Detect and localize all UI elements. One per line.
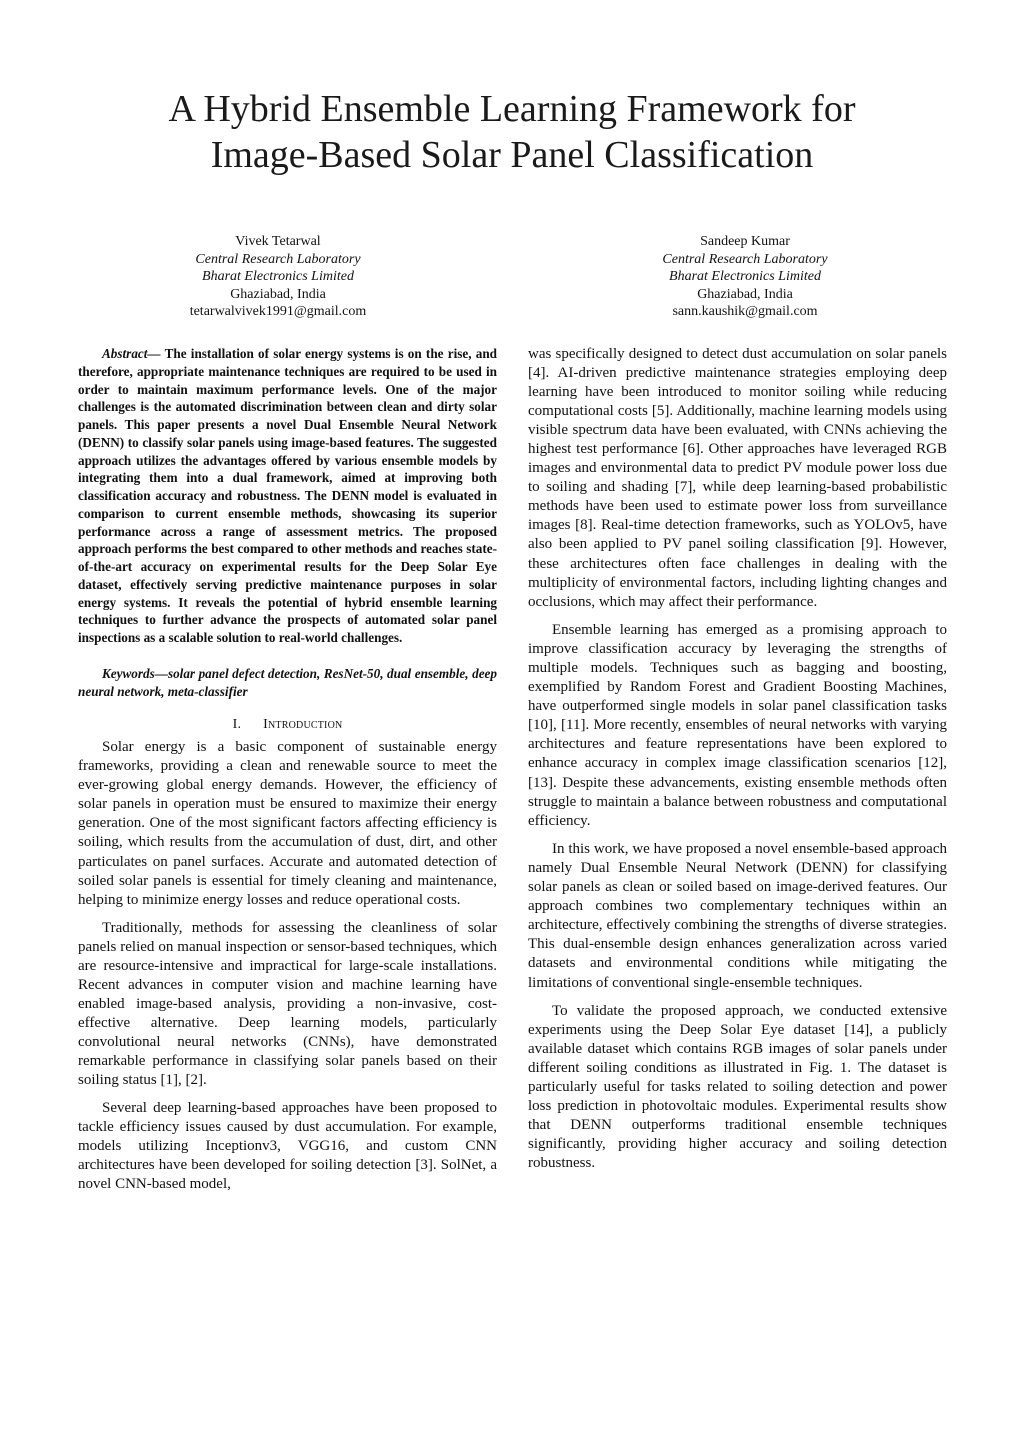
author-department: Central Research Laboratory	[113, 251, 443, 269]
body-paragraph: In this work, we have proposed a novel e…	[528, 840, 947, 992]
author-organization: Bharat Electronics Limited	[113, 268, 443, 286]
body-paragraph: Several deep learning-based approaches h…	[78, 1099, 497, 1194]
section-number: I.	[233, 717, 242, 732]
paper-title: A Hybrid Ensemble Learning Framework for…	[0, 86, 1024, 178]
author-name: Sandeep Kumar	[580, 233, 910, 251]
title-line-1: A Hybrid Ensemble Learning Framework for	[169, 88, 856, 130]
body-paragraph: Ensemble learning has emerged as a promi…	[528, 621, 947, 831]
author-email: sann.kaushik@gmail.com	[580, 303, 910, 321]
body-paragraph: Traditionally, methods for assessing the…	[78, 919, 497, 1090]
right-column: was specifically designed to detect dust…	[528, 345, 947, 1183]
author-email: tetarwalvivek1991@gmail.com	[113, 303, 443, 321]
abstract-label: Abstract—	[102, 346, 161, 361]
left-column: Abstract— The installation of solar ener…	[78, 345, 497, 1203]
section-heading-introduction: I.Introduction	[78, 716, 497, 734]
abstract: Abstract— The installation of solar ener…	[78, 345, 497, 647]
author-location: Ghaziabad, India	[580, 286, 910, 304]
author-organization: Bharat Electronics Limited	[580, 268, 910, 286]
abstract-text: The installation of solar energy systems…	[78, 346, 497, 645]
author-department: Central Research Laboratory	[580, 251, 910, 269]
body-paragraph-continued: was specifically designed to detect dust…	[528, 345, 947, 612]
title-line-2: Image-Based Solar Panel Classification	[211, 134, 814, 176]
section-title: Introduction	[263, 717, 342, 732]
author-block-2: Sandeep Kumar Central Research Laborator…	[580, 233, 910, 321]
body-paragraph: Solar energy is a basic component of sus…	[78, 738, 497, 909]
author-block-1: Vivek Tetarwal Central Research Laborato…	[113, 233, 443, 321]
keywords: Keywords—solar panel defect detection, R…	[78, 665, 497, 701]
body-paragraph: To validate the proposed approach, we co…	[528, 1002, 947, 1173]
author-location: Ghaziabad, India	[113, 286, 443, 304]
author-name: Vivek Tetarwal	[113, 233, 443, 251]
